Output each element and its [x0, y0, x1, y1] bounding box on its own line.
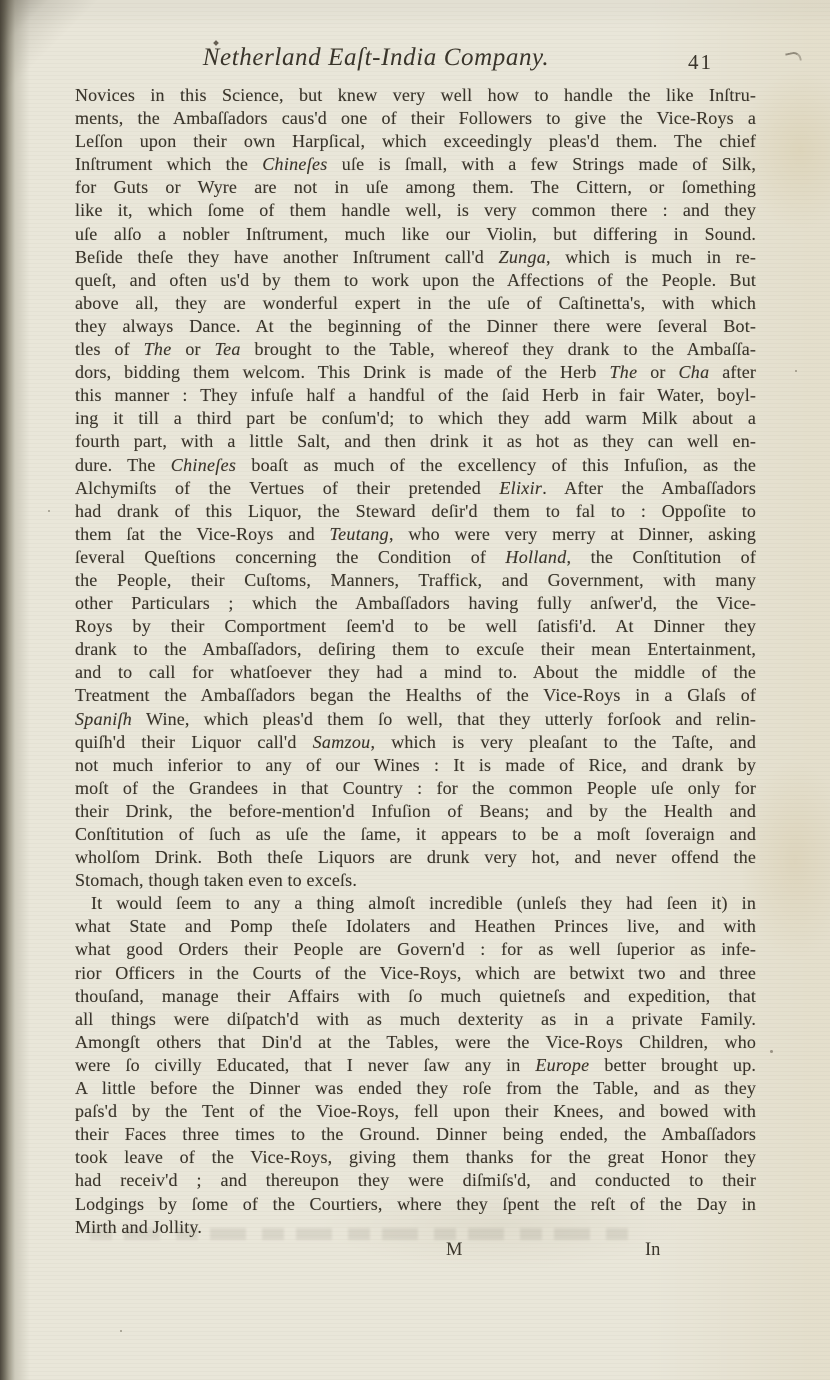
- text-run: wholſom Drink. Both theſe Liquors are dr…: [75, 847, 756, 867]
- footer-row: M In: [75, 1240, 756, 1264]
- text-run: what good Orders their People are Govern…: [75, 939, 756, 959]
- text-run: Stomach, though taken even to exceſs.: [75, 870, 357, 890]
- text-run: fourth part, with a little Salt, and the…: [75, 431, 756, 451]
- text-run: tles of: [75, 339, 144, 359]
- text-run: queſt, and often us'd by them to work up…: [75, 270, 756, 290]
- text-run: uſe is ſmall, with a few Strings made of…: [328, 154, 756, 174]
- text-line: Novices in this Science, but knew very w…: [75, 84, 756, 107]
- text-line: It would ſeem to any a thing almoſt incr…: [75, 892, 756, 915]
- text-line: rior Officers in the Courts of the Vice-…: [75, 962, 756, 985]
- text-line: what State and Pomp theſe Idolaters and …: [75, 915, 756, 938]
- italic-text-run: Chineſes: [262, 154, 327, 174]
- text-run: Mirth and Jollity.: [75, 1217, 202, 1237]
- text-line: the People, their Cuſtoms, Manners, Traf…: [75, 569, 756, 592]
- text-run: not much inferior to any of our Wines : …: [75, 755, 756, 775]
- text-run: paſs'd by the Tent of the Vioe-Roys, fel…: [75, 1101, 756, 1121]
- text-line: their Faces three times to the Ground. D…: [75, 1123, 756, 1146]
- text-run: ments, the Ambaſſadors caus'd one of the…: [75, 108, 756, 128]
- text-line: Leſſon upon their own Harpſical, which e…: [75, 130, 756, 153]
- ink-speck: [770, 1050, 773, 1053]
- text-run: Lodgings by ſome of the Courtiers, where…: [75, 1194, 756, 1214]
- text-line: like it, which ſome of them handle well,…: [75, 199, 756, 222]
- text-line: drank to the Ambaſſadors, deſiring them …: [75, 638, 756, 661]
- text-run: Amongſt others that Din'd at the Tables,…: [75, 1032, 756, 1052]
- text-run: boaſt as much of the excellency of this …: [236, 455, 756, 475]
- text-run: Beſide theſe they have another Inſtrumen…: [75, 247, 499, 267]
- running-head: Netherland Eaſt-India Company. 41: [0, 44, 830, 78]
- text-line: Inſtrument which the Chineſes uſe is ſma…: [75, 153, 756, 176]
- text-run: had drank of this Liquor, the Steward de…: [75, 501, 756, 521]
- text-line: and to call for whatſoever they had a mi…: [75, 661, 756, 684]
- text-run: brought to the Table, whereof they drank…: [241, 339, 756, 359]
- text-run: , the Conſtitution of: [567, 547, 756, 567]
- text-run: had receiv'd ; and thereupon they were d…: [75, 1170, 756, 1190]
- running-title: Netherland Eaſt-India Company.: [203, 44, 549, 72]
- text-line: quiſh'd their Liquor call'd Samzou, whic…: [75, 731, 756, 754]
- text-line: ſeveral Queſtions concerning the Conditi…: [75, 546, 756, 569]
- body-text: Novices in this Science, but knew very w…: [75, 84, 756, 1239]
- text-run: all things were diſpatch'd with as much …: [75, 1009, 756, 1029]
- text-run: thouſand, manage their Affairs with ſo m…: [75, 986, 756, 1006]
- text-run: Wine, which pleas'd them ſo well, that t…: [132, 709, 756, 729]
- text-run: their Faces three times to the Ground. D…: [75, 1124, 756, 1144]
- text-line: uſe alſo a nobler Inſtrument, much like …: [75, 223, 756, 246]
- text-run: A little before the Dinner was ended the…: [75, 1078, 756, 1098]
- text-line: all things were diſpatch'd with as much …: [75, 1008, 756, 1031]
- text-run: Novices in this Science, but knew very w…: [75, 85, 756, 105]
- text-run: the People, their Cuſtoms, Manners, Traf…: [75, 570, 756, 590]
- text-run: other Particulars ; which the Ambaſſador…: [75, 593, 756, 613]
- text-run: this manner : They infuſe half a handful…: [75, 385, 756, 405]
- text-line: thouſand, manage their Affairs with ſo m…: [75, 985, 756, 1008]
- text-line: took leave of the Vice-Roys, giving them…: [75, 1146, 756, 1169]
- italic-text-run: Holland: [505, 547, 566, 567]
- text-run: or: [637, 362, 678, 382]
- pen-mark: [785, 51, 802, 64]
- binding-gutter-shadow: [0, 0, 30, 1380]
- text-line: they always Dance. At the beginning of t…: [75, 315, 756, 338]
- text-run: like it, which ſome of them handle well,…: [75, 200, 756, 220]
- text-line: Stomach, though taken even to exceſs.: [75, 869, 756, 892]
- italic-text-run: Europe: [535, 1055, 589, 1075]
- italic-text-run: Teutang: [329, 524, 388, 544]
- italic-text-run: Tea: [214, 339, 240, 359]
- text-line: what good Orders their People are Govern…: [75, 938, 756, 961]
- catchword: In: [645, 1240, 660, 1261]
- text-run: for Guts or Wyre are not in uſe among th…: [75, 177, 756, 197]
- text-line: not much inferior to any of our Wines : …: [75, 754, 756, 777]
- text-line: Treatment the Ambaſſadors began the Heal…: [75, 684, 756, 707]
- text-line: ing it till a third part be conſum'd; to…: [75, 407, 756, 430]
- text-run: them ſat the Vice-Roys and: [75, 524, 329, 544]
- text-run: Inſtrument which the: [75, 154, 262, 174]
- text-run: ing it till a third part be conſum'd; to…: [75, 408, 756, 428]
- italic-text-run: Samzou: [313, 732, 371, 752]
- text-line: dors, bidding them welcom. This Drink is…: [75, 361, 756, 384]
- text-run: moſt of the Grandees in that Country : f…: [75, 778, 756, 798]
- text-line: for Guts or Wyre are not in uſe among th…: [75, 176, 756, 199]
- text-run: dure. The: [75, 455, 171, 475]
- text-line: Lodgings by ſome of the Courtiers, where…: [75, 1193, 756, 1216]
- italic-text-run: Cha: [678, 362, 709, 382]
- signature-mark: M: [446, 1240, 462, 1261]
- text-line: this manner : They infuſe half a handful…: [75, 384, 756, 407]
- ink-speck: [795, 370, 797, 372]
- text-line: ments, the Ambaſſadors caus'd one of the…: [75, 107, 756, 130]
- text-run: uſe alſo a nobler Inſtrument, much like …: [75, 224, 756, 244]
- text-run: Conſtitution of ſuch as uſe the ſame, it…: [75, 824, 756, 844]
- text-run: ſeveral Queſtions concerning the Conditi…: [75, 547, 505, 567]
- italic-text-run: The: [144, 339, 172, 359]
- text-line: Roys by their Comportment ſeem'd to be w…: [75, 615, 756, 638]
- text-run: after: [709, 362, 756, 382]
- text-run: what State and Pomp theſe Idolaters and …: [75, 916, 756, 936]
- text-line: fourth part, with a little Salt, and the…: [75, 430, 756, 453]
- text-line: wholſom Drink. Both theſe Liquors are dr…: [75, 846, 756, 869]
- text-run: , which is very pleaſant to the Taſte, a…: [370, 732, 756, 752]
- text-line: other Particulars ; which the Ambaſſador…: [75, 592, 756, 615]
- text-run: they always Dance. At the beginning of t…: [75, 316, 756, 336]
- italic-text-run: The: [609, 362, 637, 382]
- italic-text-run: Elixir: [499, 478, 542, 498]
- book-page: { "colors": { "paper": "#e9e6d9", "ink":…: [0, 0, 830, 1380]
- text-run: and to call for whatſoever they had a mi…: [75, 662, 756, 682]
- text-run: rior Officers in the Courts of the Vice-…: [75, 963, 756, 983]
- text-run: , who were very merry at Dinner, asking: [389, 524, 756, 544]
- text-line: Mirth and Jollity.: [75, 1216, 756, 1239]
- text-run: drank to the Ambaſſadors, deſiring them …: [75, 639, 756, 659]
- text-line: queſt, and often us'd by them to work up…: [75, 269, 756, 292]
- text-line: Alchymiſts of the Vertues of their prete…: [75, 477, 756, 500]
- text-run: or: [171, 339, 214, 359]
- text-line: dure. The Chineſes boaſt as much of the …: [75, 454, 756, 477]
- page-number: 41: [688, 50, 713, 75]
- ink-speck: [48, 510, 50, 512]
- text-line: their Drink, the before-mention'd Infuſi…: [75, 800, 756, 823]
- text-line: paſs'd by the Tent of the Vioe-Roys, fel…: [75, 1100, 756, 1123]
- text-line: above all, they are wonderful expert in …: [75, 292, 756, 315]
- text-run: It would ſeem to any a thing almoſt incr…: [91, 893, 756, 913]
- italic-text-run: Zunga: [499, 247, 547, 267]
- text-line: Spaniſh Wine, which pleas'd them ſo well…: [75, 708, 756, 731]
- text-run: Roys by their Comportment ſeem'd to be w…: [75, 616, 756, 636]
- ink-speck: [120, 1330, 122, 1332]
- italic-text-run: Chineſes: [171, 455, 236, 475]
- text-run: Leſſon upon their own Harpſical, which e…: [75, 131, 756, 151]
- text-run: better brought up.: [589, 1055, 756, 1075]
- text-run: Alchymiſts of the Vertues of their prete…: [75, 478, 499, 498]
- text-line: were ſo civilly Educated, that I never ſ…: [75, 1054, 756, 1077]
- text-line: them ſat the Vice-Roys and Teutang, who …: [75, 523, 756, 546]
- italic-text-run: Spaniſh: [75, 709, 132, 729]
- text-line: A little before the Dinner was ended the…: [75, 1077, 756, 1100]
- text-run: were ſo civilly Educated, that I never ſ…: [75, 1055, 535, 1075]
- text-line: Amongſt others that Din'd at the Tables,…: [75, 1031, 756, 1054]
- text-line: Conſtitution of ſuch as uſe the ſame, it…: [75, 823, 756, 846]
- text-run: took leave of the Vice-Roys, giving them…: [75, 1147, 756, 1167]
- text-run: . After the Ambaſſadors: [542, 478, 756, 498]
- text-run: dors, bidding them welcom. This Drink is…: [75, 362, 609, 382]
- text-run: above all, they are wonderful expert in …: [75, 293, 756, 313]
- text-line: had receiv'd ; and thereupon they were d…: [75, 1169, 756, 1192]
- text-line: moſt of the Grandees in that Country : f…: [75, 777, 756, 800]
- text-run: , which is much in re-: [546, 247, 756, 267]
- text-line: tles of The or Tea brought to the Table,…: [75, 338, 756, 361]
- text-run: their Drink, the before-mention'd Infuſi…: [75, 801, 756, 821]
- text-line: had drank of this Liquor, the Steward de…: [75, 500, 756, 523]
- text-run: Treatment the Ambaſſadors began the Heal…: [75, 685, 756, 705]
- text-line: Beſide theſe they have another Inſtrumen…: [75, 246, 756, 269]
- text-run: quiſh'd their Liquor call'd: [75, 732, 313, 752]
